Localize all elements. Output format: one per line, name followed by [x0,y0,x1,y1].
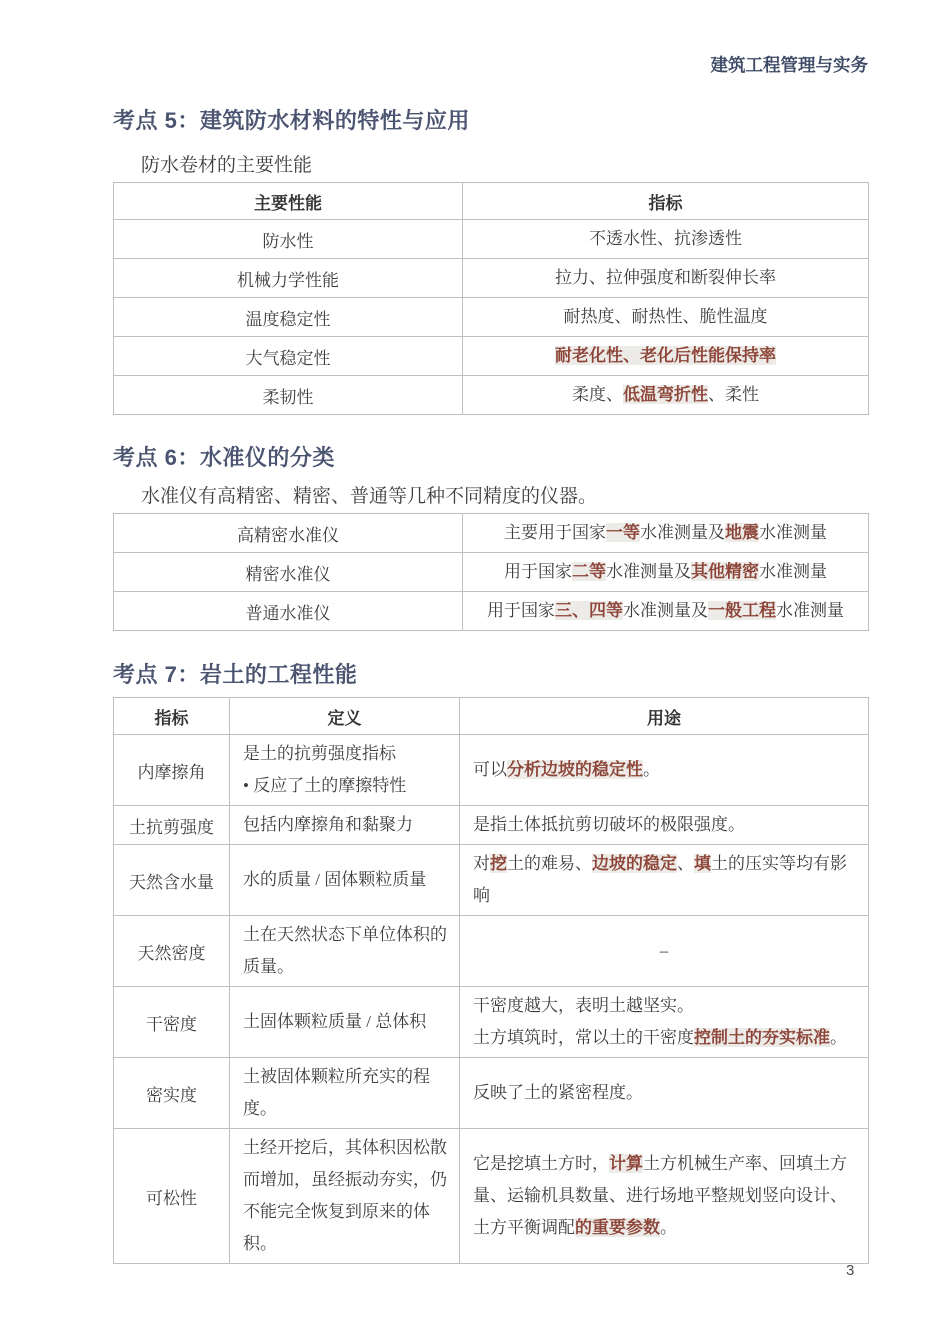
instrument-name: 普通水准仪 [114,592,463,631]
table-row: 柔韧性 柔度、低温弯折性、柔性 [114,376,869,415]
instrument-usage: 主要用于国家一等水准测量及地震水准测量 [463,514,869,553]
section6-intro: 水准仪有高精密、精密、普通等几种不同精度的仪器。 [141,481,597,508]
document-header-title: 建筑工程管理与实务 [711,52,869,77]
indicator-usage: 反映了土的紧密程度。 [460,1058,869,1129]
level-instrument-table: 高精密水准仪 主要用于国家一等水准测量及地震水准测量 精密水准仪 用于国家二等水… [113,513,869,631]
indicator-definition: 包括内摩擦角和黏聚力 [230,806,460,845]
indicator-definition: 土固体颗粒质量 / 总体积 [230,987,460,1058]
instrument-usage: 用于国家三、四等水准测量及一般工程水准测量 [463,592,869,631]
instrument-name: 精密水准仪 [114,553,463,592]
performance-name: 防水性 [114,220,463,259]
indicator-name: 天然含水量 [114,845,230,916]
section5-heading: 考点 5：建筑防水材料的特性与应用 [113,104,470,135]
table-row: 内摩擦角 是土的抗剪强度指标• 反应了土的摩擦特性 可以分析边坡的稳定性。 [114,735,869,806]
column-header: 指标 [463,183,869,220]
indicator-definition: 水的质量 / 固体颗粒质量 [230,845,460,916]
waterproof-material-table: 主要性能 指标 防水性 不透水性、抗渗透性 机械力学性能 拉力、拉伸强度和断裂伸… [113,182,869,415]
column-header: 主要性能 [114,183,463,220]
column-header: 用途 [460,698,869,735]
indicator-definition: 土被固体颗粒所充实的程度。 [230,1058,460,1129]
indicator-definition: 土在天然状态下单位体积的质量。 [230,916,460,987]
table-row: 可松性 土经开挖后，其体积因松散而增加，虽经振动夯实，仍不能完全恢复到原来的体积… [114,1129,869,1264]
performance-name: 温度稳定性 [114,298,463,337]
performance-value: 耐热度、耐热性、脆性温度 [463,298,869,337]
table-row: 精密水准仪 用于国家二等水准测量及其他精密水准测量 [114,553,869,592]
table-row: 密实度 土被固体颗粒所充实的程度。 反映了土的紧密程度。 [114,1058,869,1129]
table-row: 大气稳定性 耐老化性、老化后性能保持率 [114,337,869,376]
column-header: 指标 [114,698,230,735]
indicator-usage: – [460,916,869,987]
section5-intro: 防水卷材的主要性能 [141,150,312,177]
table-row: 防水性 不透水性、抗渗透性 [114,220,869,259]
table-row: 干密度 土固体颗粒质量 / 总体积 干密度越大，表明土越坚实。土方填筑时，常以土… [114,987,869,1058]
column-header: 定义 [230,698,460,735]
indicator-name: 天然密度 [114,916,230,987]
instrument-usage: 用于国家二等水准测量及其他精密水准测量 [463,553,869,592]
indicator-name: 可松性 [114,1129,230,1264]
document-page: 建筑工程管理与实务 考点 5：建筑防水材料的特性与应用 防水卷材的主要性能 主要… [0,0,950,1333]
indicator-usage: 干密度越大，表明土越坚实。土方填筑时，常以土的干密度控制土的夯实标准。 [460,987,869,1058]
performance-value: 不透水性、抗渗透性 [463,220,869,259]
indicator-usage: 它是挖填土方时，计算土方机械生产率、回填土方量、运输机具数量、进行场地平整规划竖… [460,1129,869,1264]
performance-value: 柔度、低温弯折性、柔性 [463,376,869,415]
indicator-definition: 是土的抗剪强度指标• 反应了土的摩擦特性 [230,735,460,806]
section7-heading: 考点 7：岩土的工程性能 [113,658,357,689]
indicator-name: 干密度 [114,987,230,1058]
performance-name: 机械力学性能 [114,259,463,298]
indicator-name: 内摩擦角 [114,735,230,806]
table-row: 土抗剪强度 包括内摩擦角和黏聚力 是指土体抵抗剪切破坏的极限强度。 [114,806,869,845]
indicator-usage: 可以分析边坡的稳定性。 [460,735,869,806]
table-header-row: 指标 定义 用途 [114,698,869,735]
table-row: 温度稳定性 耐热度、耐热性、脆性温度 [114,298,869,337]
table-row: 天然密度 土在天然状态下单位体积的质量。 – [114,916,869,987]
indicator-usage: 对挖土的难易、边坡的稳定、填土的压实等均有影响 [460,845,869,916]
instrument-name: 高精密水准仪 [114,514,463,553]
indicator-definition: 土经开挖后，其体积因松散而增加，虽经振动夯实，仍不能完全恢复到原来的体积。 [230,1129,460,1264]
performance-name: 柔韧性 [114,376,463,415]
page-number: 3 [846,1262,854,1279]
table-row: 普通水准仪 用于国家三、四等水准测量及一般工程水准测量 [114,592,869,631]
performance-value: 拉力、拉伸强度和断裂伸长率 [463,259,869,298]
indicator-usage: 是指土体抵抗剪切破坏的极限强度。 [460,806,869,845]
indicator-name: 密实度 [114,1058,230,1129]
performance-value: 耐老化性、老化后性能保持率 [463,337,869,376]
table-row: 天然含水量 水的质量 / 固体颗粒质量 对挖土的难易、边坡的稳定、填土的压实等均… [114,845,869,916]
table-row: 机械力学性能 拉力、拉伸强度和断裂伸长率 [114,259,869,298]
indicator-name: 土抗剪强度 [114,806,230,845]
table-header-row: 主要性能 指标 [114,183,869,220]
geotechnical-properties-table: 指标 定义 用途 内摩擦角 是土的抗剪强度指标• 反应了土的摩擦特性 可以分析边… [113,697,869,1264]
section6-heading: 考点 6：水准仪的分类 [113,441,335,472]
table-row: 高精密水准仪 主要用于国家一等水准测量及地震水准测量 [114,514,869,553]
performance-name: 大气稳定性 [114,337,463,376]
